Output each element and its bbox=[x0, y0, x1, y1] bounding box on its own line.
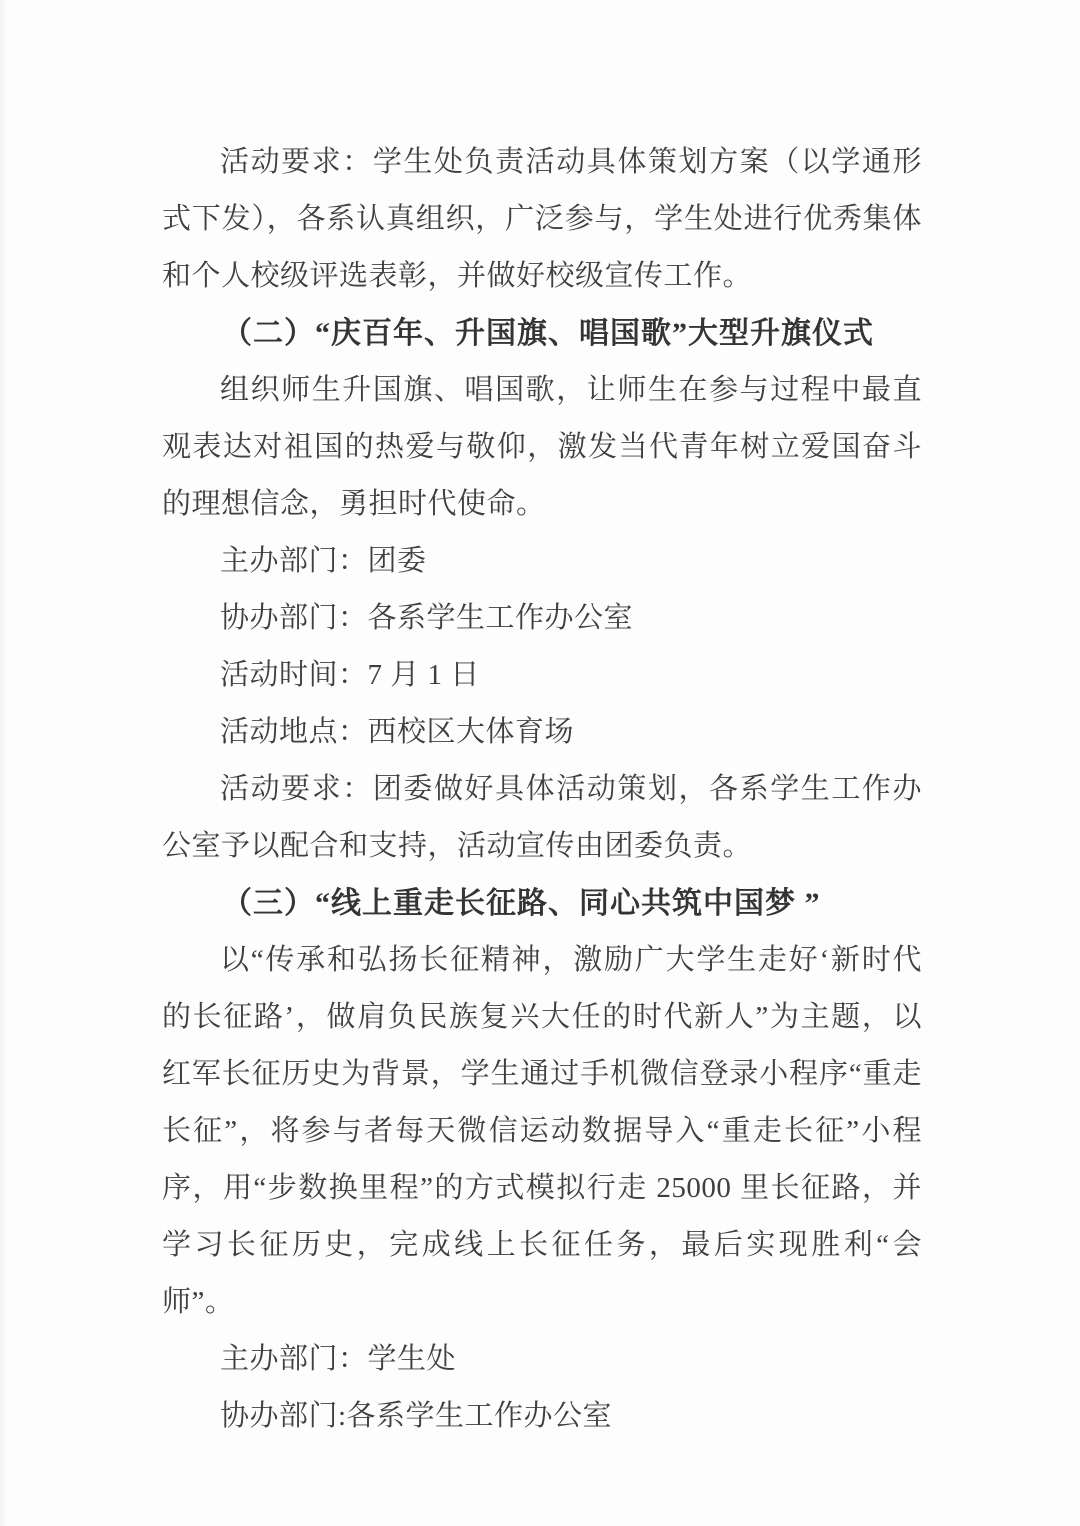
field-activity-time: 活动时间：7 月 1 日 bbox=[162, 647, 922, 704]
field-co-organizer-2: 协办部门:各系学生工作办公室 bbox=[162, 1388, 922, 1445]
paragraph-activity-requirements-2: 活动要求：团委做好具体活动策划，各系学生工作办公室予以配合和支持，活动宣传由团委… bbox=[162, 761, 922, 875]
paragraph-long-march-intro: 以“传承和弘扬长征精神，激励广大学生走好‘新时代的长征路’，做肩负民族复兴大任的… bbox=[162, 932, 922, 1331]
paragraph-activity-requirements-1: 活动要求：学生处负责活动具体策划方案（以学通形式下发），各系认真组织，广泛参与，… bbox=[162, 134, 922, 305]
field-host-department-1: 主办部门：团委 bbox=[162, 533, 922, 590]
field-co-organizer-1: 协办部门：各系学生工作办公室 bbox=[162, 590, 922, 647]
field-activity-location: 活动地点：西校区大体育场 bbox=[162, 704, 922, 761]
section-heading-long-march: （三）“线上重走长征路、同心共筑中国梦 ” bbox=[162, 875, 922, 932]
field-host-department-2: 主办部门：学生处 bbox=[162, 1331, 922, 1388]
section-heading-flag-ceremony: （二）“庆百年、升国旗、唱国歌”大型升旗仪式 bbox=[162, 305, 922, 362]
document-content: 活动要求：学生处负责活动具体策划方案（以学通形式下发），各系认真组织，广泛参与，… bbox=[162, 134, 922, 1445]
document-page: 活动要求：学生处负责活动具体策划方案（以学通形式下发），各系认真组织，广泛参与，… bbox=[0, 0, 1080, 1526]
paragraph-flag-ceremony-intro: 组织师生升国旗、唱国歌，让师生在参与过程中最直观表达对祖国的热爱与敬仰，激发当代… bbox=[162, 362, 922, 533]
